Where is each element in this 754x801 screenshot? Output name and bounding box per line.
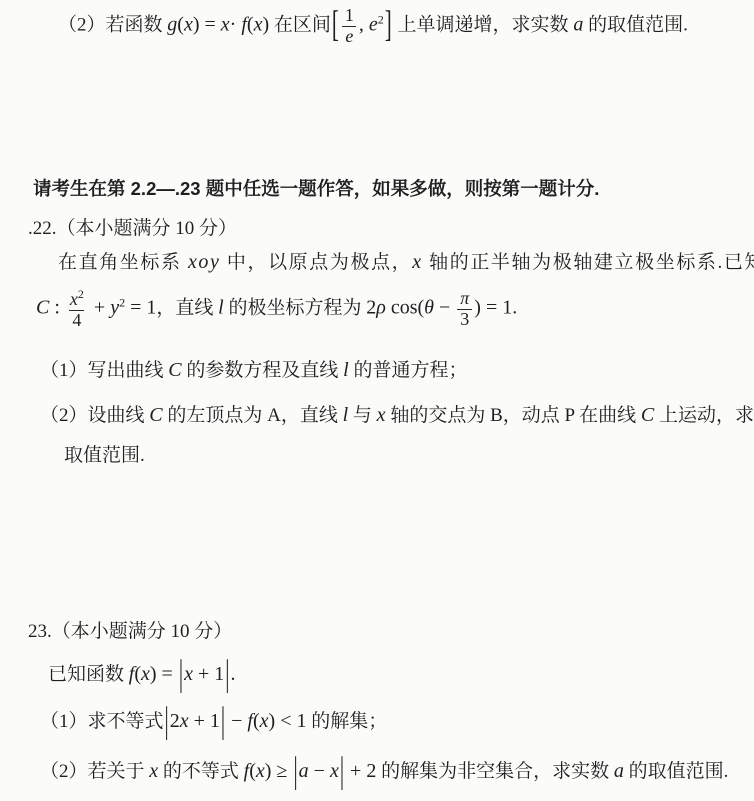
selection-instruction-text: 请考生在第 2.2—.23 题中任选一题作答，如果多做，则按第一题计分.: [33, 177, 599, 202]
text-run: x: [70, 289, 78, 309]
fraction: 1e: [342, 6, 357, 47]
text-run: ρ: [376, 297, 386, 319]
text-run: 2: [366, 297, 376, 319]
question-22-intro-text: 在直角坐标系 xoy 中，以原点为极点，x 轴的正半轴为极轴建立极坐标系.已知曲…: [58, 250, 754, 275]
text-run: x: [184, 663, 193, 685]
text-run: (: [177, 14, 184, 36]
text-run: ,: [359, 14, 369, 36]
text-run: C: [641, 404, 654, 426]
text-run: 2: [78, 287, 84, 301]
text-run: (: [249, 760, 256, 782]
text-run: 请考生在第 2.2—.23 题中任选一题作答，如果多做，则按第一题计分.: [33, 178, 599, 199]
text-run: +: [89, 297, 110, 319]
text-run: 23.（本小题满分 10 分）: [28, 621, 232, 642]
text-run: + 1: [189, 710, 220, 732]
text-run: ·: [230, 14, 242, 36]
exam-page: （2）若函数 g(x) = x· f(x) 在区间[1e, e2] 上单调递增，…: [0, 0, 754, 801]
text-run: 在直角坐标系: [58, 252, 188, 273]
text-run: −: [309, 760, 330, 782]
text-run: 4: [72, 310, 81, 330]
text-run: （1）求不等式: [40, 711, 164, 732]
text-run: 与: [348, 405, 377, 426]
text-run: (: [134, 663, 141, 685]
text-run: 2: [170, 710, 180, 732]
question-22-part-2-continuation: 取值范围.: [64, 444, 145, 468]
text-run: |: [293, 747, 297, 793]
text-run: 取值范围.: [64, 445, 145, 466]
text-run: 已知函数: [48, 664, 129, 685]
text-run: ，直线: [156, 298, 218, 319]
question-22-number: .22.（本小题满分 10 分）: [28, 217, 237, 241]
text-run: [: [332, 1, 339, 47]
question-23-part-1-text: （1）求不等式|2x + 1| − f(x) < 1 的解集；: [40, 707, 387, 734]
text-run: ) < 1: [269, 710, 307, 732]
text-run: .: [230, 663, 235, 685]
text-run: :: [49, 297, 65, 319]
text-run: C: [36, 297, 49, 319]
text-run: a: [573, 14, 583, 36]
text-run: .22.（本小题满分 10 分）: [28, 218, 237, 239]
text-run: a: [614, 760, 624, 782]
text-run: x: [221, 14, 230, 36]
text-run: C: [149, 404, 162, 426]
text-run: x: [141, 663, 150, 685]
text-run: g: [167, 14, 177, 36]
text-run: e: [369, 14, 378, 36]
text-run: 中，以原点为极点，: [221, 252, 413, 273]
text-run: 轴的正半轴为极轴建立极坐标系.已知曲线: [423, 252, 754, 273]
text-run: 的解集为非空集合，求实数: [376, 761, 614, 782]
question-22-part-2-text: （2）设曲线 C 的左顶点为 A，直线 l 与 x 轴的交点为 B，动点 P 在…: [40, 401, 754, 428]
text-run: C: [168, 359, 181, 381]
text-run: e: [345, 26, 353, 46]
text-run: x: [256, 760, 265, 782]
text-run: 的取值范围.: [583, 15, 688, 36]
text-run: −: [226, 710, 247, 732]
text-run: −: [434, 297, 455, 319]
text-run: 的极坐标方程为: [224, 298, 367, 319]
text-run: |: [221, 697, 225, 743]
question-23-number: 23.（本小题满分 10 分）: [28, 620, 232, 644]
text-run: x: [260, 710, 269, 732]
question-23-part-2-text: （2）若关于 x 的不等式 f(x) ≥ |a − x| + 2 的解集为非空集…: [40, 757, 728, 784]
question-21-part-2-text: （2）若函数 g(x) = x· f(x) 在区间[1e, e2] 上单调递增，…: [58, 6, 688, 47]
text-run: 的参数方程及直线: [182, 360, 344, 381]
text-run: θ: [424, 297, 434, 319]
text-run: y: [110, 297, 119, 319]
text-run: （2）若函数: [58, 15, 167, 36]
text-run: 的左顶点为 A，直线: [163, 405, 343, 426]
text-run: 的解集；: [306, 711, 387, 732]
text-run: |: [340, 747, 344, 793]
text-run: ) ≥: [265, 760, 293, 782]
question-22-part-1-text: （1）写出曲线 C 的参数方程及直线 l 的普通方程；: [40, 358, 467, 383]
text-run: 在区间: [269, 15, 331, 36]
text-run: 的不等式: [158, 761, 244, 782]
text-run: x: [377, 404, 386, 426]
text-run: 的普通方程；: [349, 360, 468, 381]
text-run: （2）设曲线: [40, 405, 149, 426]
text-run: x: [184, 14, 193, 36]
text-run: π: [460, 288, 469, 308]
text-run: ) =: [193, 14, 221, 36]
text-run: xoy: [188, 251, 221, 273]
text-run: 上运动，求: [654, 405, 754, 426]
question-23-function-definition: 已知函数 f(x) = |x + 1|.: [48, 660, 235, 687]
text-run: x: [149, 760, 158, 782]
text-run: （1）写出曲线: [40, 360, 168, 381]
curve-c-equation: C : x24 + y2 = 1，直线 l 的极坐标方程为 2ρ cos(θ −…: [36, 288, 517, 331]
text-run: 1: [345, 5, 354, 25]
fraction: π3: [457, 289, 472, 330]
text-run: = 1: [125, 297, 156, 319]
text-run: ) =: [150, 663, 178, 685]
text-run: 轴的交点为 B，动点 P 在曲线: [386, 405, 641, 426]
text-run: |: [165, 697, 169, 743]
text-run: 2: [378, 12, 384, 26]
text-run: + 1: [193, 663, 224, 685]
text-run: cos(: [386, 297, 424, 319]
text-run: ) = 1.: [474, 297, 517, 319]
text-run: |: [225, 650, 229, 696]
text-run: x: [330, 760, 339, 782]
fraction: x24: [67, 288, 87, 331]
text-run: (: [247, 14, 254, 36]
text-run: (: [253, 710, 260, 732]
text-run: （2）若关于: [40, 761, 149, 782]
text-run: + 2: [345, 760, 376, 782]
text-run: 上单调递增，求实数: [393, 15, 574, 36]
text-run: x: [180, 710, 189, 732]
text-run: a: [299, 760, 309, 782]
text-run: ]: [385, 1, 392, 47]
text-run: 3: [460, 309, 469, 329]
text-run: 的取值范围.: [624, 761, 729, 782]
text-run: |: [179, 650, 183, 696]
text-run: x: [412, 251, 422, 273]
